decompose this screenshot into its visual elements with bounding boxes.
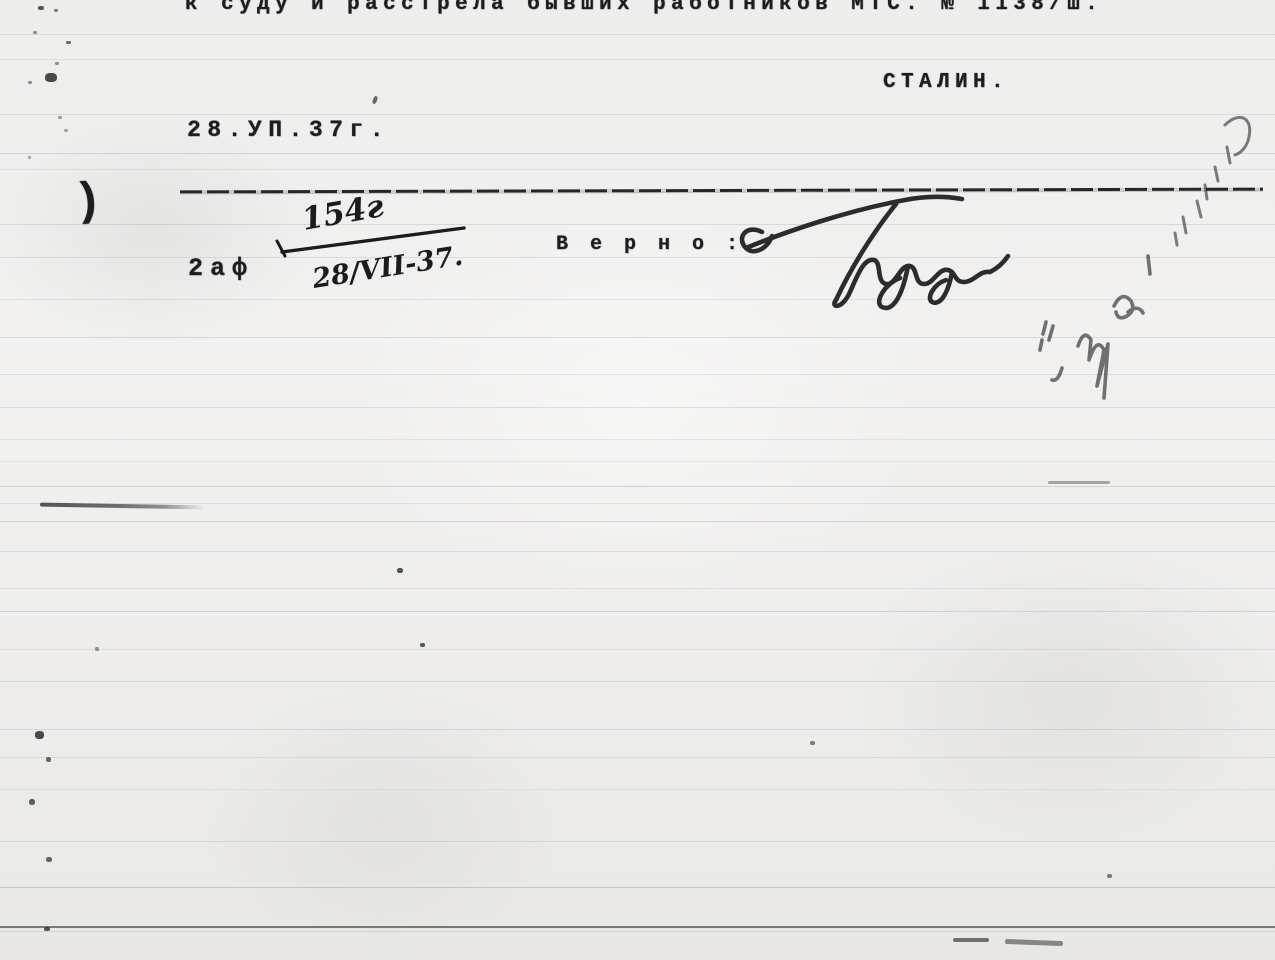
paper-speck	[1107, 874, 1112, 878]
scan-line	[0, 649, 1275, 650]
ink-streak	[40, 503, 205, 510]
margin-scribble-upper	[1135, 103, 1270, 253]
paper-speck	[38, 6, 44, 10]
margin-scribble-lower	[1018, 248, 1183, 403]
scan-line	[0, 681, 1275, 682]
paper-speck	[28, 81, 32, 84]
paper-speck	[810, 741, 815, 745]
document-page: к суду и расстрела бывших работников МТС…	[0, 0, 1275, 960]
paper-speck	[58, 116, 62, 119]
ink-streak	[953, 938, 989, 942]
scan-line	[0, 729, 1275, 730]
handwritten-date-annotation: 154г 28/VII-37.	[268, 190, 478, 300]
paper-speck	[44, 927, 50, 931]
scan-line	[0, 59, 1275, 60]
scan-line	[0, 757, 1275, 758]
handwritten-numerator: 154г	[299, 188, 387, 238]
scan-line	[0, 224, 1275, 225]
signature-scribble	[700, 186, 1030, 316]
ink-streak	[1048, 481, 1110, 484]
paper-speck	[28, 156, 31, 159]
paper-speck	[64, 129, 68, 132]
scan-line	[0, 611, 1275, 612]
paper-speck	[397, 568, 403, 573]
scan-line	[0, 926, 1275, 928]
scan-line	[0, 841, 1275, 842]
paper-speck	[29, 799, 35, 805]
paper-speck	[95, 647, 99, 651]
copies-note: 2аф	[188, 254, 254, 283]
paper-speck	[420, 643, 425, 647]
paper-speck	[55, 62, 59, 65]
paper-speck	[46, 757, 51, 762]
left-bracket-mark: )	[72, 175, 103, 229]
handwritten-denominator: 28/VII-37.	[309, 241, 465, 296]
paper-speck	[66, 41, 71, 44]
scan-line	[0, 34, 1275, 35]
scan-line	[0, 551, 1275, 552]
scan-line	[0, 503, 1275, 504]
document-top-line: к суду и расстрела бывших работников МТС…	[185, 0, 1103, 16]
scan-line	[0, 114, 1275, 115]
scan-line	[0, 588, 1275, 589]
scan-line	[0, 486, 1275, 487]
paper-speck	[46, 857, 52, 862]
scan-line	[0, 169, 1275, 170]
paper-speck	[35, 731, 44, 739]
scan-line	[0, 887, 1275, 888]
scan-line	[0, 521, 1275, 522]
typed-date: 28.УП.37г.	[187, 117, 390, 143]
signatory-name: СТАЛИН.	[883, 71, 1009, 94]
paper-speck	[45, 73, 57, 82]
paper-speck	[54, 9, 58, 12]
ink-streak	[1005, 939, 1063, 946]
scan-line	[0, 461, 1275, 462]
paper-speck	[372, 96, 378, 105]
scan-line	[0, 931, 1275, 932]
paper-speck	[33, 31, 37, 34]
scan-line	[0, 153, 1275, 154]
scan-line	[0, 789, 1275, 790]
scan-line	[0, 439, 1275, 440]
scan-line	[0, 407, 1275, 408]
